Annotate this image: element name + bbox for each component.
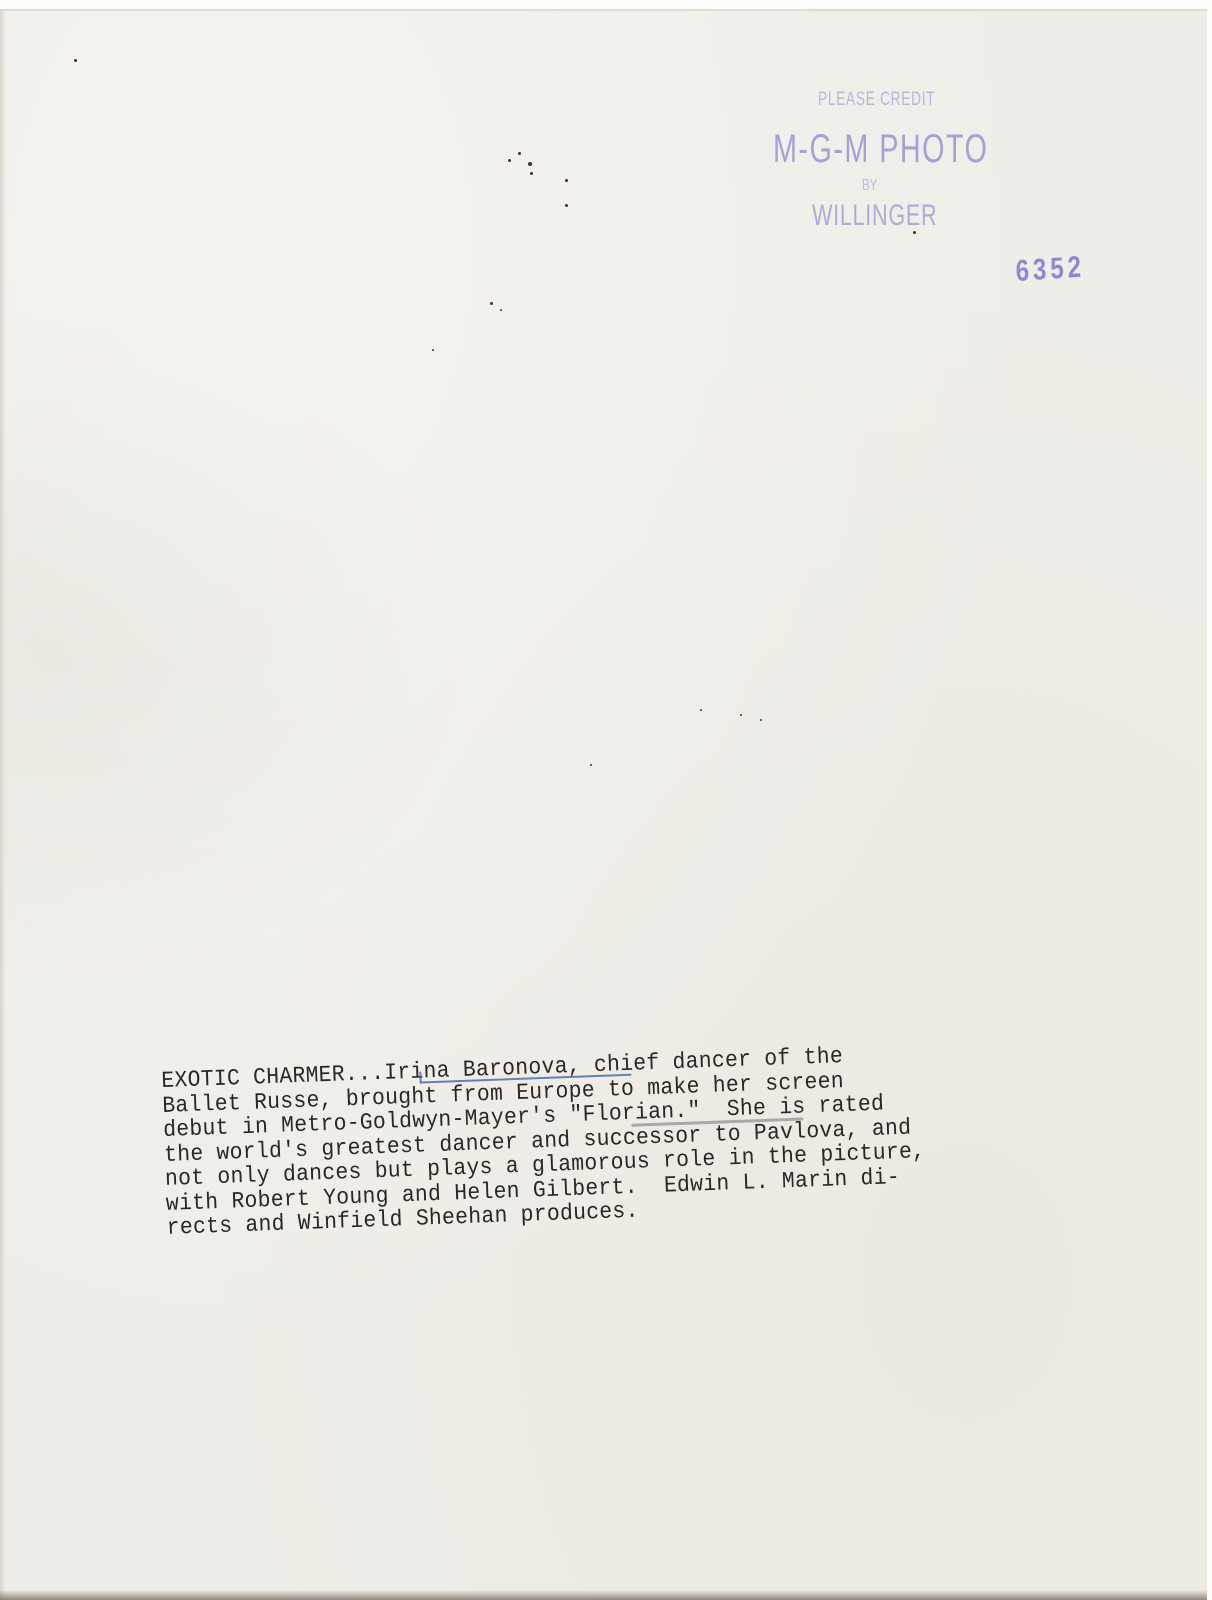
dust-speck [500, 309, 502, 311]
dust-speck [590, 764, 592, 766]
photo-number-stamp: 6352 [1015, 250, 1086, 288]
dust-speck [700, 709, 702, 711]
blue-pen-tick [419, 1071, 421, 1083]
paper-edge-bottom [0, 1590, 1207, 1600]
stamp-credit-line: Please Credit [818, 89, 935, 111]
paper-edge-top [0, 9, 1207, 12]
dust-speck [565, 204, 568, 207]
dust-speck [432, 349, 434, 351]
dust-speck [74, 59, 77, 62]
dust-speck [760, 719, 762, 721]
stamp-studio-name: M-G-M Photo [773, 127, 988, 172]
dust-speck [518, 152, 521, 155]
stamp-by-label: By [862, 177, 877, 195]
stamp-photographer-name: Willinger [812, 199, 937, 233]
paper-edge-left [0, 9, 6, 1600]
dust-speck [565, 179, 568, 182]
photo-back-sheet: Please Credit M-G-M Photo By Willinger 6… [0, 9, 1207, 1600]
dust-speck [530, 172, 533, 175]
dust-speck [740, 714, 742, 716]
typed-caption: EXOTIC CHARMER...Irina Baronova, chief d… [161, 1036, 1067, 1240]
dust-speck [508, 159, 511, 162]
dust-speck [528, 162, 532, 166]
dust-speck [490, 302, 493, 305]
